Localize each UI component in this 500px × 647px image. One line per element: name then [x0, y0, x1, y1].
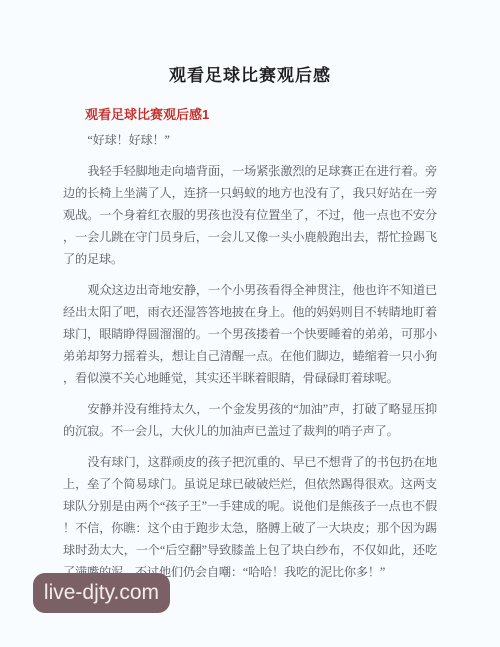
paragraph: 观众这边出奇地安静，一个小男孩看得全神贯注，他也许不知道已经出太阳了吧，雨衣还湿… — [63, 279, 437, 389]
page-title: 观看足球比赛观后感 — [63, 66, 437, 86]
paragraph: 我轻手轻脚地走向墙背面，一场紧张激烈的足球赛正在进行着。旁边的长椅上坐满了人，连… — [63, 160, 437, 270]
section-heading: 观看足球比赛观后感1 — [63, 106, 437, 124]
paragraph: 安静并没有维持太久，一个金发男孩的“加油”声，打破了略显压抑的沉寂。不一会儿，大… — [63, 398, 437, 442]
watermark-label: live-djty.com — [44, 581, 159, 604]
document-page: 观看足球比赛观后感 观看足球比赛观后感1 “好球！好球！” 我轻手轻脚地走向墙背… — [0, 0, 500, 647]
paragraph: 没有球门，这群顽皮的孩子把沉重的、早已不想背了的书包扔在地上，垒了个简易球门。虽… — [63, 451, 437, 583]
watermark-badge: live-djty.com — [33, 573, 170, 613]
paragraph: “好球！好球！” — [63, 129, 437, 151]
